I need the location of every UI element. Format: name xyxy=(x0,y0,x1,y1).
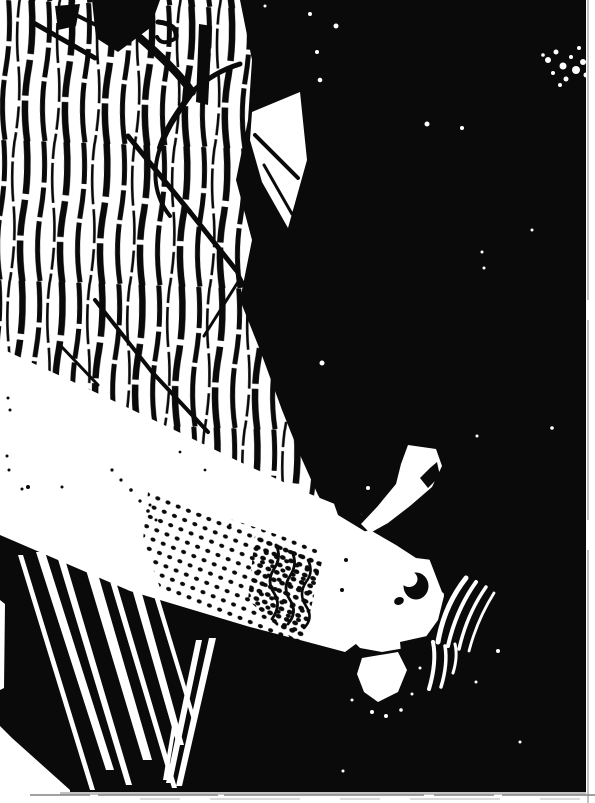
photo-page: High-contrast black and white halftone p… xyxy=(0,0,595,803)
halftone-photograph xyxy=(0,0,595,803)
